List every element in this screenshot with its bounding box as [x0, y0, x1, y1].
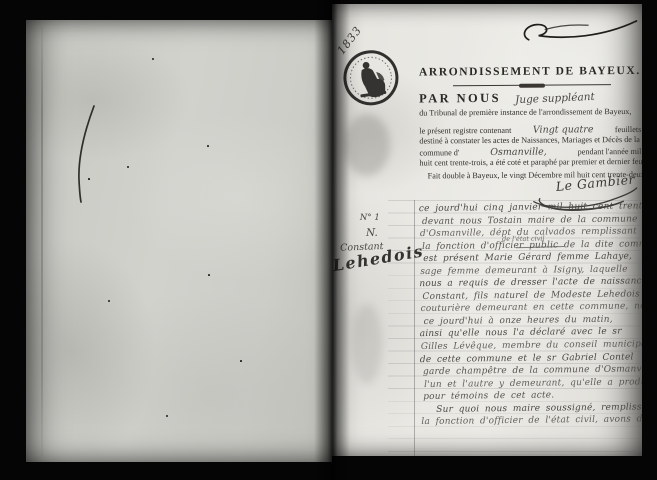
par-nous-label: PAR NOUS [419, 91, 501, 107]
tribunal-line: du Tribunal de première instance de l'ar… [419, 107, 641, 118]
right-page-content: 1833 ARRONDISSEMENT DE BAYEUX. PAR NOUS [332, 4, 642, 456]
binding-crease-line [41, 26, 43, 456]
act-number: N° 1 [360, 213, 380, 223]
paper-speck [240, 360, 242, 362]
margin-n-label: N. [366, 227, 378, 239]
page-title: ARRONDISSEMENT DE BAYEUX. [417, 65, 642, 79]
feuillets-count-handwritten: Vingt quatre [533, 124, 594, 135]
paper-speck [88, 178, 90, 180]
timbre-royal-stamp-icon [337, 43, 405, 113]
paper-speck [166, 415, 168, 417]
interline-correction: de l'état civil [502, 235, 545, 243]
register-scan: 1833 ARRONDISSEMENT DE BAYEUX. PAR NOUS [0, 0, 657, 480]
paper-speck [207, 145, 209, 147]
ink-stroke-mark [70, 102, 104, 206]
cote-line: huit cent trente-trois, a été coté et pa… [419, 157, 641, 168]
paper-speck [152, 58, 154, 60]
paraphe-flourish-icon [514, 9, 642, 54]
par-nous-handwritten: Juge suppléant [515, 91, 595, 106]
commune-line-end: pendant l'année mil [578, 147, 642, 156]
commune-line-start: commune d' [419, 148, 459, 157]
left-blank-page [26, 20, 332, 462]
commune-name-handwritten: Osmanville, [490, 147, 547, 158]
paper-speck [127, 166, 129, 168]
act-line: la fonction d'officier de l'état civil, … [421, 414, 642, 429]
paper-speck [208, 274, 210, 276]
header-rule-ornament [519, 83, 545, 87]
right-register-page: 1833 ARRONDISSEMENT DE BAYEUX. PAR NOUS [332, 4, 642, 456]
paper-speck [108, 300, 110, 302]
registre-line-end: feuillets [615, 125, 641, 134]
destine-line: destiné à constater les actes de Naissan… [419, 135, 641, 146]
par-nous-line: PAR NOUS Juge suppléant [419, 90, 642, 107]
registre-line-start: le présent registre contenant [419, 126, 511, 136]
